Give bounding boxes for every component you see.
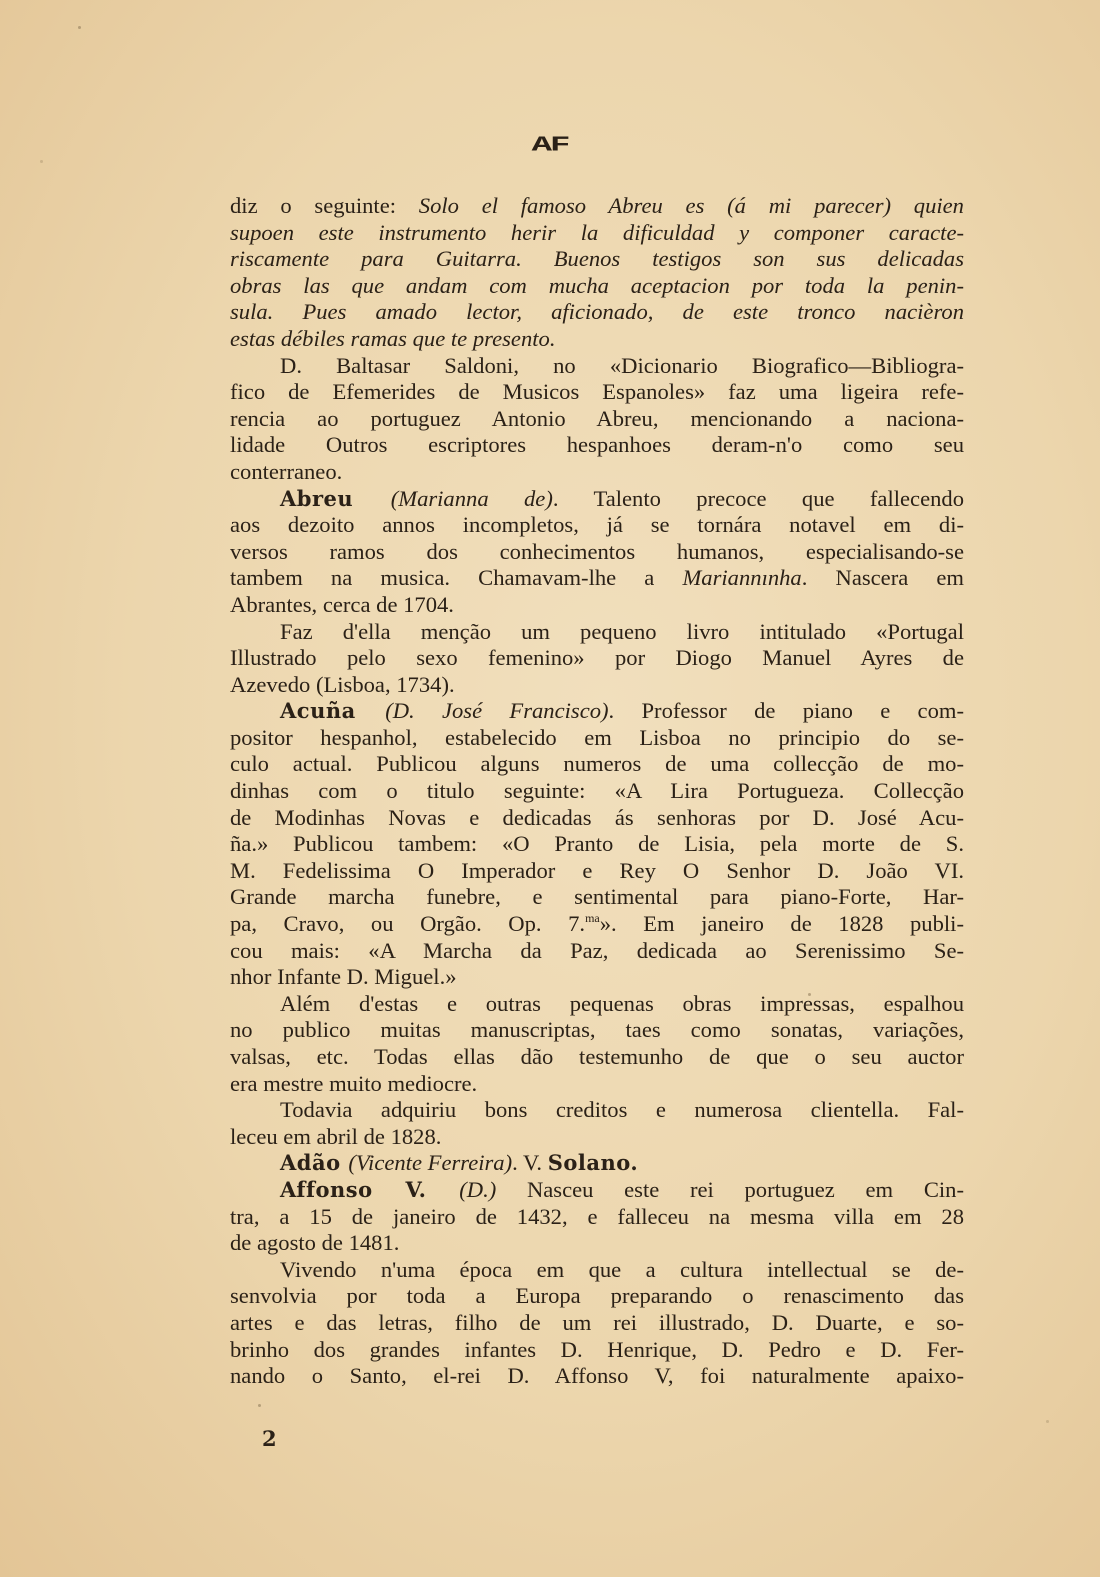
text-segment: Além d'estas e outras pequenas obras imp…	[280, 991, 964, 1016]
text-segment: brinho dos grandes infantes D. Henrique,…	[230, 1337, 964, 1362]
text-segment: Vivendo n'uma época em que a cultura int…	[280, 1257, 964, 1282]
text-line: conterraneo.	[230, 459, 964, 486]
text-line: riscamente para Guitarra. Buenos testigo…	[230, 246, 964, 273]
text-line: pa, Cravo, ou Orgão. Op. 7.ma». Em janei…	[230, 911, 964, 938]
text-line: versos ramos dos conhecimentos humanos, …	[230, 539, 964, 566]
text-segment: Nasceu este rei portuguez em Cin-	[496, 1177, 964, 1202]
text-segment: . V.	[512, 1150, 548, 1175]
paper-speck	[1046, 1420, 1049, 1423]
text-segment: Faz d'ella menção um pequeno livro intit…	[280, 619, 964, 644]
text-line: Illustrado pelo sexo femenino» por Diogo…	[230, 645, 964, 672]
text-segment: tra, a 15 de janeiro de 1432, e falleceu…	[230, 1204, 964, 1229]
text-line: de agosto de 1481.	[230, 1230, 964, 1257]
text-segment: fico de Efemerides de Musicos Espanoles»…	[230, 379, 964, 404]
text-segment: (D.)	[459, 1177, 496, 1202]
text-segment: diz o seguinte:	[230, 193, 419, 218]
text-line: Todavia adquiriu bons creditos e numeros…	[230, 1097, 964, 1124]
text-line: de Modinhas Novas e dedicadas ás senhora…	[230, 805, 964, 832]
text-line: rencia ao portuguez Antonio Abreu, menci…	[230, 406, 964, 433]
paper-speck	[258, 1404, 261, 1407]
text-segment: pa, Cravo, ou Orgão. Op. 7.	[230, 911, 585, 936]
text-line: sula. Pues amado lector, aficionado, de …	[230, 299, 964, 326]
text-line: positor hespanhol, estabelecido em Lisbo…	[230, 725, 964, 752]
text-line: Acuña (D. José Francisco). Professor de …	[230, 698, 964, 725]
text-segment: positor hespanhol, estabelecido em Lisbo…	[230, 725, 964, 750]
text-line: fico de Efemerides de Musicos Espanoles»…	[230, 379, 964, 406]
book-page: AF diz o seguinte: Solo el famoso Abreu …	[0, 0, 1100, 1577]
text-segment: . Nascera em	[802, 565, 964, 590]
text-segment: riscamente para Guitarra. Buenos testigo…	[230, 246, 964, 271]
text-line: Grande marcha funebre, e sentimental par…	[230, 884, 964, 911]
text-segment: era mestre muito mediocre.	[230, 1071, 477, 1096]
text-line: valsas, etc. Todas ellas dão testemunho …	[230, 1044, 964, 1071]
text-segment: . Talento precoce que fallecendo	[553, 486, 964, 511]
text-segment: ma	[585, 911, 600, 925]
text-line: Faz d'ella menção um pequeno livro intit…	[230, 619, 964, 646]
text-line: estas débiles ramas que te presento.	[230, 326, 964, 353]
text-segment: Mariannınha	[682, 565, 801, 590]
text-line: Adão (Vicente Ferreira). V. Solano.	[230, 1150, 964, 1177]
text-segment: valsas, etc. Todas ellas dão testemunho …	[230, 1044, 964, 1069]
text-segment: D. Baltasar Saldoni, no «Dicionario Biog…	[280, 353, 964, 378]
text-segment: Grande marcha funebre, e sentimental par…	[230, 884, 964, 909]
text-segment: rencia ao portuguez Antonio Abreu, menci…	[230, 406, 964, 431]
text-segment: leceu em abril de 1828.	[230, 1124, 441, 1149]
text-segment: (Vicente Ferreira)	[348, 1150, 512, 1175]
text-segment: tambem na musica. Chamavam-lhe a	[230, 565, 682, 590]
text-line: diz o seguinte: Solo el famoso Abreu es …	[230, 193, 964, 220]
text-line: lidade Outros escriptores hespanhoes der…	[230, 432, 964, 459]
text-line: tra, a 15 de janeiro de 1432, e falleceu…	[230, 1204, 964, 1231]
text-segment: culo actual. Publicou alguns numeros de …	[230, 751, 964, 776]
text-line: aos dezoito annos incompletos, já se tor…	[230, 512, 964, 539]
text-segment: dinhas com o titulo seguinte: «A Lira Po…	[230, 778, 964, 803]
body-text: diz o seguinte: Solo el famoso Abreu es …	[230, 193, 964, 1390]
text-segment: nando o Santo, el-rei D. Affonso V, foi …	[230, 1363, 964, 1388]
text-line: tambem na musica. Chamavam-lhe a Mariann…	[230, 565, 964, 592]
text-segment: ». Em janeiro de 1828 publi-	[600, 911, 964, 936]
text-line: nando o Santo, el-rei D. Affonso V, foi …	[230, 1363, 964, 1390]
paper-speck	[40, 160, 43, 163]
text-segment: Illustrado pelo sexo femenino» por Diogo…	[230, 645, 964, 670]
text-segment: de agosto de 1481.	[230, 1230, 399, 1255]
text-segment: obras las que andam com mucha aceptacion…	[230, 273, 964, 298]
text-line: Azevedo (Lisboa, 1734).	[230, 672, 964, 699]
text-segment: (D. José Francisco)	[385, 698, 608, 723]
text-line: Além d'estas e outras pequenas obras imp…	[230, 991, 964, 1018]
text-segment: cou mais: «A Marcha da Paz, dedicada ao …	[230, 938, 964, 963]
text-line: brinho dos grandes infantes D. Henrique,…	[230, 1337, 964, 1364]
paper-speck	[78, 26, 81, 29]
text-line: artes e das letras, filho de um rei illu…	[230, 1310, 964, 1337]
text-line: senvolvia por toda a Europa preparando o…	[230, 1283, 964, 1310]
text-segment: lidade Outros escriptores hespanhoes der…	[230, 432, 964, 457]
text-line: dinhas com o titulo seguinte: «A Lira Po…	[230, 778, 964, 805]
text-segment: estas débiles ramas que te presento.	[230, 326, 555, 351]
entry-headword: Abreu	[280, 486, 391, 511]
entry-headword: Acuña	[280, 698, 385, 723]
text-segment: conterraneo.	[230, 459, 342, 484]
text-segment: de Modinhas Novas e dedicadas ás senhora…	[230, 805, 964, 830]
entry-headword: Solano.	[548, 1150, 638, 1175]
text-segment: . Professor de piano e com-	[609, 698, 964, 723]
text-line: cou mais: «A Marcha da Paz, dedicada ao …	[230, 938, 964, 965]
text-segment: Todavia adquiriu bons creditos e numeros…	[280, 1097, 964, 1122]
text-line: Abreu (Marianna de). Talento precoce que…	[230, 486, 964, 513]
text-segment: M. Fedelissima O Imperador e Rey O Senho…	[230, 858, 964, 883]
text-segment: Azevedo (Lisboa, 1734).	[230, 672, 455, 697]
text-line: obras las que andam com mucha aceptacion…	[230, 273, 964, 300]
text-segment: senvolvia por toda a Europa preparando o…	[230, 1283, 964, 1308]
entry-headword: Affonso V.	[280, 1177, 459, 1202]
text-segment: Abrantes, cerca de 1704.	[230, 592, 454, 617]
text-segment: aos dezoito annos incompletos, já se tor…	[230, 512, 964, 537]
text-line: culo actual. Publicou alguns numeros de …	[230, 751, 964, 778]
text-segment: nhor Infante D. Miguel.»	[230, 964, 457, 989]
text-line: Abrantes, cerca de 1704.	[230, 592, 964, 619]
text-line: supoen este instrumento herir la dificul…	[230, 220, 964, 247]
text-segment: (Marianna de)	[391, 486, 553, 511]
text-line: D. Baltasar Saldoni, no «Dicionario Biog…	[230, 353, 964, 380]
text-line: Vivendo n'uma época em que a cultura int…	[230, 1257, 964, 1284]
text-line: no publico muitas manuscriptas, taes com…	[230, 1017, 964, 1044]
text-segment: Solo el famoso Abreu es (á mi parecer) q…	[419, 193, 964, 218]
text-line: era mestre muito mediocre.	[230, 1071, 964, 1098]
text-line: nhor Infante D. Miguel.»	[230, 964, 964, 991]
entry-headword: Adão	[280, 1150, 348, 1175]
text-segment: supoen este instrumento herir la dificul…	[230, 220, 964, 245]
text-segment: sula. Pues amado lector, aficionado, de …	[230, 299, 964, 324]
page-folio: 2	[262, 1426, 277, 1451]
text-segment: no publico muitas manuscriptas, taes com…	[230, 1017, 964, 1042]
text-line: M. Fedelissima O Imperador e Rey O Senho…	[230, 858, 964, 885]
paper-speck	[808, 993, 811, 996]
running-head: AF	[0, 134, 1100, 158]
text-segment: versos ramos dos conhecimentos humanos, …	[230, 539, 964, 564]
text-line: leceu em abril de 1828.	[230, 1124, 964, 1151]
text-line: Affonso V. (D.) Nasceu este rei portugue…	[230, 1177, 964, 1204]
text-segment: artes e das letras, filho de um rei illu…	[230, 1310, 964, 1335]
text-line: ña.» Publicou tambem: «O Pranto de Lisia…	[230, 831, 964, 858]
text-segment: ña.» Publicou tambem: «O Pranto de Lisia…	[230, 831, 964, 856]
